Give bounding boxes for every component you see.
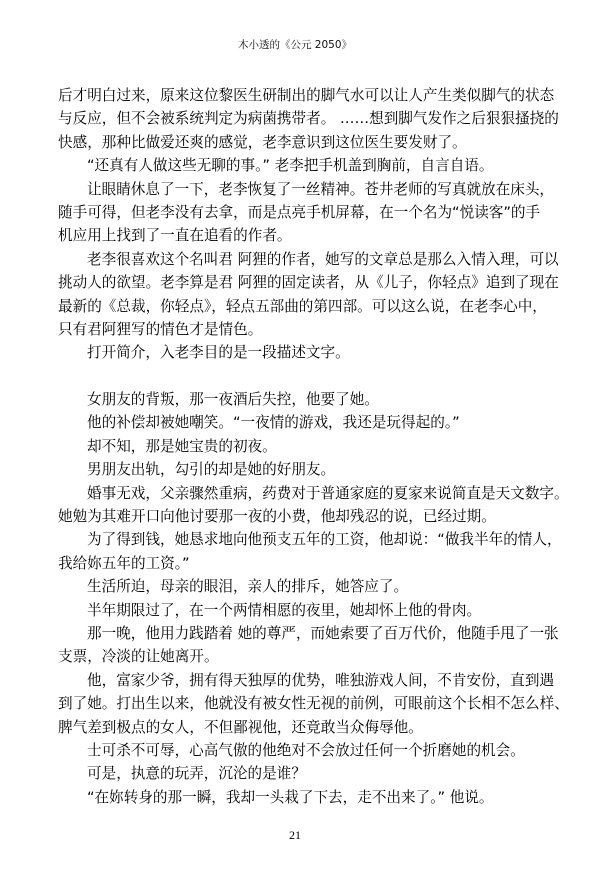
text-line: 半年期限过了，在一个两情相愿的夜里，她却怀上他的骨肉。 xyxy=(58,599,534,622)
text-line: 婚事无戏，父亲骤然重病，药费对于普通家庭的夏家来说简直是天文数字。 xyxy=(58,482,534,505)
text-line: 让眼睛休息了一下，老李恢复了一丝精神。苍井老师的写真就放在床头， xyxy=(58,178,534,201)
text-line: 打开简介，入老李目的是一段描述文字。 xyxy=(58,341,534,364)
text-line: 只有君阿狸写的情色才是情色。 xyxy=(58,318,534,341)
text-line: 快感，那种比做爱还爽的感觉，老李意识到这位医生要发财了。 xyxy=(58,131,534,154)
running-header: 木小透的《公元 2050》 xyxy=(0,37,590,52)
text-line: “还真有人做这些无聊的事。” 老李把手机盖到胸前，自言自语。 xyxy=(58,154,534,177)
document-page: 木小透的《公元 2050》 后才明白过来，原来这位黎医生研制出的脚气水可以让人产… xyxy=(0,0,590,884)
text-line: “在妳转身的那一瞬，我却一头栽了下去，走不出来了。” 他说。 xyxy=(58,786,534,809)
text-line: 老李很喜欢这个名叫君 阿狸的作者，她写的文章总是那么入情入理，可以 xyxy=(58,248,534,271)
text-line: 女朋友的背叛，那一夜酒后失控，他要了她。 xyxy=(58,388,534,411)
text-line: 可是，执意的玩弄，沉沦的是谁？ xyxy=(58,762,534,785)
text-line: 后才明白过来，原来这位黎医生研制出的脚气水可以让人产生类似脚气的状态 xyxy=(58,84,534,107)
text-line: 挑动人的欲望。老李算是君 阿狸的固定读者，从《儿子，你轻点》追到了现在 xyxy=(58,271,534,294)
text-line: 最新的《总裁，你轻点》，轻点五部曲的第四部。可以这么说，在老李心中， xyxy=(58,295,534,318)
text-line: 机应用上找到了一直在追看的作者。 xyxy=(58,224,534,247)
text-line: 却不知，那是她宝贵的初夜。 xyxy=(58,435,534,458)
text-line: 与反应，但不会被系统判定为病菌携带者。 ……想到脚气发作之后狠狠搔挠的 xyxy=(58,107,534,130)
text-line: 脾气差到极点的女人，不但鄙视他，还竟敢当众侮辱他。 xyxy=(58,716,534,739)
text-line: 我给妳五年的工资。” xyxy=(58,552,534,575)
text-line: 士可杀不可辱，心高气傲的他绝对不会放过任何一个折磨她的机会。 xyxy=(58,739,534,762)
text-line: 支票，冷淡的让她离开。 xyxy=(58,645,534,668)
text-line: 她勉为其难开口向他讨要那一夜的小费，他却残忍的说，已经过期。 xyxy=(58,505,534,528)
body-text: 后才明白过来，原来这位黎医生研制出的脚气水可以让人产生类似脚气的状态 与反应，但… xyxy=(58,84,534,809)
text-line: 随手可得，但老李没有去拿，而是点亮手机屏幕，在一个名为“悦读客”的手 xyxy=(58,201,534,224)
text-line: 为了得到钱，她恳求地向他预支五年的工资，他却说：“做我半年的情人， xyxy=(58,528,534,551)
text-line: 男朋友出轨，勾引的却是她的好朋友。 xyxy=(58,458,534,481)
text-line: 他的补偿却被她嘲笑。“一夜情的游戏，我还是玩得起的。” xyxy=(58,411,534,434)
blank-line xyxy=(58,365,534,388)
text-line: 那一晚，他用力践踏着 她的尊严，而她索要了百万代价，他随手甩了一张 xyxy=(58,622,534,645)
text-line: 他，富家少爷，拥有得天独厚的优势，唯独游戏人间，不肯安份，直到遇 xyxy=(58,669,534,692)
text-line: 到了她。打出生以来，他就没有被女性无视的前例，可眼前这个长相不怎么样、 xyxy=(58,692,534,715)
text-line: 生活所迫，母亲的眼泪，亲人的排斥，她答应了。 xyxy=(58,575,534,598)
page-number: 21 xyxy=(0,828,590,843)
